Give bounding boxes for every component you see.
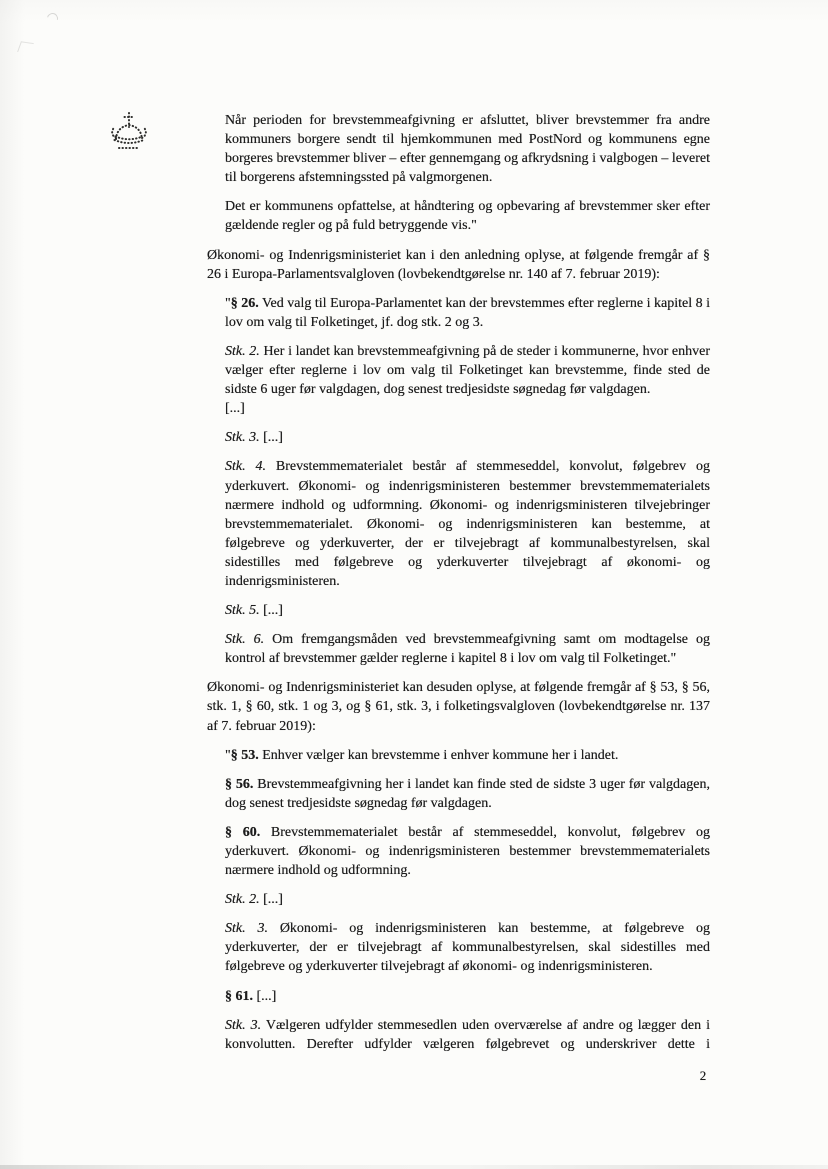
crown-logo-icon	[103, 110, 155, 154]
text-run: Brevstemmematerialet består af stemmesed…	[225, 459, 710, 589]
section-symbol-ref: § 53.	[231, 748, 259, 763]
stk-ref: Stk. 3.	[225, 1018, 261, 1033]
scanned-document-page: Når perioden for brevstemmeafgivning er …	[0, 0, 828, 1169]
text-run: Brevstemmematerialet består af stemmesed…	[225, 825, 710, 878]
paragraph: Stk. 2. Her i landet kan brevstemmeafgiv…	[225, 342, 710, 418]
paragraph: Stk. 5. [...]	[225, 601, 710, 620]
section-symbol-ref: § 60.	[225, 825, 260, 840]
text-run: Økonomi- og Indenrigsministeriet kan i d…	[207, 248, 710, 282]
text-run: Her i landet kan brevstemmeafgivning på …	[225, 344, 710, 416]
text-run: Det er kommunens opfattelse, at håndteri…	[225, 199, 710, 233]
paragraph: Økonomi- og Indenrigsministeriet kan des…	[207, 678, 710, 735]
paragraph: Stk. 4. Brevstemmematerialet består af s…	[225, 457, 710, 591]
paragraph: Stk. 3. [...]	[225, 428, 710, 447]
document-body: Når perioden for brevstemmeafgivning er …	[207, 111, 710, 1064]
text-run: Brevstemmeafgivning her i landet kan fin…	[225, 777, 710, 811]
section-symbol-ref: § 26.	[231, 296, 259, 311]
text-run: Økonomi- og indenrigsministeren kan best…	[225, 921, 710, 974]
paragraph: Stk. 3. Vælgeren udfylder stemmesedlen u…	[225, 1016, 710, 1054]
paragraph: Stk. 3. Økonomi- og indenrigsministeren …	[225, 919, 710, 976]
text-run: Vælgeren udfylder stemmesedlen uden over…	[225, 1018, 710, 1052]
page-number: 2	[690, 1068, 716, 1084]
paragraph: Stk. 2. [...]	[225, 890, 710, 909]
paragraph: § 56. Brevstemmeafgivning her i landet k…	[225, 775, 710, 813]
text-run: Økonomi- og Indenrigsministeriet kan des…	[207, 680, 710, 733]
stk-ref: Stk. 6.	[225, 632, 264, 647]
stk-ref: Stk. 4.	[225, 459, 266, 474]
text-run: Når perioden for brevstemmeafgivning er …	[225, 113, 710, 185]
stk-ref: Stk. 2.	[225, 892, 260, 907]
paragraph: Det er kommunens opfattelse, at håndteri…	[225, 197, 710, 235]
paragraph: Når perioden for brevstemmeafgivning er …	[225, 111, 710, 187]
paragraph: Økonomi- og Indenrigsministeriet kan i d…	[207, 246, 710, 284]
text-run: [...]	[260, 603, 283, 618]
stk-ref: Stk. 3.	[225, 430, 260, 445]
text-run: [...]	[260, 430, 283, 445]
scan-artifact	[45, 11, 60, 26]
stk-ref: Stk. 3.	[225, 921, 268, 936]
paragraph: § 60. Brevstemmematerialet består af ste…	[225, 823, 710, 880]
section-symbol-ref: § 61.	[225, 989, 253, 1004]
section-symbol-ref: § 56.	[225, 777, 253, 792]
stk-ref: Stk. 2.	[225, 344, 260, 359]
text-run: [...]	[260, 892, 283, 907]
scan-artifact	[17, 41, 34, 53]
text-run: Om fremgangsmåden ved brevstemmeafgivnin…	[225, 632, 710, 666]
paragraph: § 61. [...]	[225, 987, 710, 1006]
stk-ref: Stk. 5.	[225, 603, 260, 618]
text-run: Enhver vælger kan brevstemme i enhver ko…	[259, 748, 619, 763]
paragraph: "§ 26. Ved valg til Europa-Parlamentet k…	[225, 294, 710, 332]
text-run: Ved valg til Europa-Parlamentet kan der …	[225, 296, 710, 330]
paragraph: "§ 53. Enhver vælger kan brevstemme i en…	[225, 746, 710, 765]
text-run: [...]	[253, 989, 276, 1004]
paragraph: Stk. 6. Om fremgangsmåden ved brevstemme…	[225, 630, 710, 668]
